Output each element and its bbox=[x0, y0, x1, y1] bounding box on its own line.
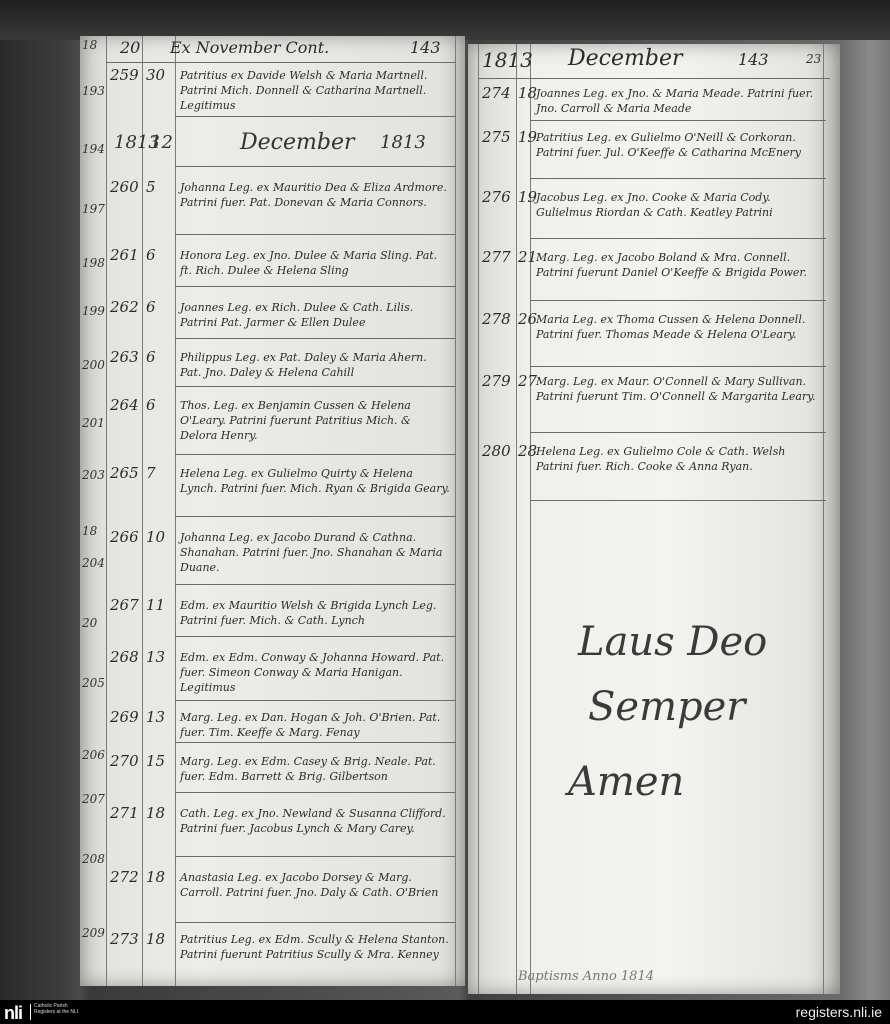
entry-rule bbox=[175, 386, 455, 387]
entry-day: 6 bbox=[146, 298, 156, 316]
entry-number: 277 bbox=[482, 248, 511, 266]
entry-number: 275 bbox=[482, 128, 511, 146]
page-number: 23 bbox=[806, 52, 821, 66]
flourish-semper: Semper bbox=[588, 684, 745, 730]
margin-number: 200 bbox=[82, 358, 105, 372]
entry-text: Edm. ex Edm. Conway & Johanna Howard. Pa… bbox=[180, 650, 450, 695]
entry-rule bbox=[530, 120, 826, 121]
entry-number: 266 bbox=[110, 528, 139, 546]
margin-number: 207 bbox=[82, 792, 105, 806]
entry-number: 260 bbox=[110, 178, 139, 196]
margin-number: 20 bbox=[82, 616, 97, 630]
entry-number: 268 bbox=[110, 648, 139, 666]
section-heading-year: 1813 bbox=[380, 132, 426, 153]
entry-text: Patritius ex Davide Welsh & Maria Martne… bbox=[180, 68, 450, 113]
entry-day: 19 bbox=[518, 188, 537, 206]
page-title: Ex November Cont. bbox=[170, 38, 329, 57]
entry-day: 19 bbox=[518, 128, 537, 146]
margin-number: 199 bbox=[82, 304, 105, 318]
entry-text: Maria Leg. ex Thoma Cussen & Helena Donn… bbox=[536, 312, 818, 342]
entry-rule bbox=[530, 178, 826, 179]
entry-day: 26 bbox=[518, 310, 537, 328]
entry-rule bbox=[175, 454, 455, 455]
footer-bar: nli Catholic Parish Registers at the NLI… bbox=[0, 1000, 890, 1024]
entry-day: 6 bbox=[146, 246, 156, 264]
header-rule bbox=[106, 62, 455, 63]
entry-day: 21 bbox=[518, 248, 537, 266]
section-heading-month: December bbox=[240, 130, 354, 155]
entry-text: Marg. Leg. ex Maur. O'Connell & Mary Sul… bbox=[536, 374, 818, 404]
entry-number: 270 bbox=[110, 752, 139, 770]
entry-day: 27 bbox=[518, 372, 537, 390]
margin-number: 203 bbox=[82, 468, 105, 482]
margin-number: 206 bbox=[82, 748, 105, 762]
entry-rule bbox=[530, 500, 826, 501]
entry-rule bbox=[530, 366, 826, 367]
right-rule bbox=[455, 36, 456, 986]
entry-day: 6 bbox=[146, 348, 156, 366]
entry-number: 279 bbox=[482, 372, 511, 390]
entry-number: 273 bbox=[110, 930, 139, 948]
entry-number: 265 bbox=[110, 464, 139, 482]
entry-rule bbox=[175, 338, 455, 339]
flourish-laus-deo: Laus Deo bbox=[578, 619, 767, 665]
entry-number: 264 bbox=[110, 396, 139, 414]
entry-text: Marg. Leg. ex Edm. Casey & Brig. Neale. … bbox=[180, 754, 450, 784]
margin-ref: 18 bbox=[82, 38, 97, 52]
entry-day: 18 bbox=[146, 930, 165, 948]
entry-day: 18 bbox=[146, 804, 165, 822]
entry-text: Marg. Leg. ex Jacobo Boland & Mra. Conne… bbox=[536, 250, 818, 280]
margin-rule bbox=[106, 36, 107, 986]
entry-rule bbox=[175, 922, 455, 923]
margin-number: 208 bbox=[82, 852, 105, 866]
header-year: 1813 bbox=[482, 48, 533, 72]
entry-number: 272 bbox=[110, 868, 139, 886]
section-month-number: 12 bbox=[150, 132, 173, 153]
entry-number: 271 bbox=[110, 804, 139, 822]
entry-number: 276 bbox=[482, 188, 511, 206]
entry-number: 267 bbox=[110, 596, 139, 614]
entry-day: 30 bbox=[146, 66, 165, 84]
entry-rule bbox=[530, 300, 826, 301]
entry-text: Johanna Leg. ex Mauritio Dea & Eliza Ard… bbox=[180, 180, 450, 210]
entry-number: 261 bbox=[110, 246, 139, 264]
entry-rule bbox=[175, 792, 455, 793]
entry-number: 262 bbox=[110, 298, 139, 316]
entry-day: 11 bbox=[146, 596, 165, 614]
entry-rule bbox=[175, 856, 455, 857]
entry-rule bbox=[175, 286, 455, 287]
margin-number: 198 bbox=[82, 256, 105, 270]
entry-number: 280 bbox=[482, 442, 511, 460]
right-register-page: 1813 December 143 23 274 18 Joannes Leg.… bbox=[468, 44, 840, 994]
entry-number: 274 bbox=[482, 84, 511, 102]
entry-rule bbox=[530, 238, 826, 239]
entry-day: 13 bbox=[146, 648, 165, 666]
entry-rule bbox=[530, 432, 826, 433]
entry-text: Jacobus Leg. ex Jno. Cooke & Maria Cody.… bbox=[536, 190, 818, 220]
entry-no-rule bbox=[478, 44, 479, 994]
margin-number: 201 bbox=[82, 416, 105, 430]
entry-number: 269 bbox=[110, 708, 139, 726]
page-number: 20 bbox=[120, 38, 140, 57]
entry-day: 10 bbox=[146, 528, 165, 546]
margin-number: 197 bbox=[82, 202, 105, 216]
entry-rule bbox=[175, 742, 455, 743]
entry-text: Joannes Leg. ex Jno. & Maria Meade. Patr… bbox=[536, 86, 818, 116]
entry-rule bbox=[175, 234, 455, 235]
scan-top-band bbox=[0, 0, 890, 40]
entry-number: 259 bbox=[110, 66, 139, 84]
entry-text: Honora Leg. ex Jno. Dulee & Maria Sling.… bbox=[180, 248, 450, 278]
entry-rule bbox=[175, 584, 455, 585]
entry-text: Helena Leg. ex Gulielmo Cole & Cath. Wel… bbox=[536, 444, 818, 474]
entry-number: 263 bbox=[110, 348, 139, 366]
entry-text: Marg. Leg. ex Dan. Hogan & Joh. O'Brien.… bbox=[180, 710, 450, 740]
entry-text: Edm. ex Mauritio Welsh & Brigida Lynch L… bbox=[180, 598, 450, 628]
entry-rule bbox=[175, 636, 455, 637]
entry-rule bbox=[175, 116, 455, 117]
margin-number: 194 bbox=[82, 142, 105, 156]
entry-rule bbox=[175, 700, 455, 701]
entry-rule bbox=[175, 516, 455, 517]
margin-number: 205 bbox=[82, 676, 105, 690]
entry-day: 28 bbox=[518, 442, 537, 460]
margin-number: 18 bbox=[82, 524, 97, 538]
entry-no-rule bbox=[142, 36, 143, 986]
margin-number: 204 bbox=[82, 556, 105, 570]
entry-day: 7 bbox=[146, 464, 156, 482]
folio-number: 143 bbox=[410, 38, 441, 57]
logo-caption: Catholic Parish Registers at the NLI bbox=[34, 1003, 84, 1015]
day-rule bbox=[175, 36, 176, 986]
bottom-note: Baptisms Anno 1814 bbox=[518, 969, 654, 984]
site-link[interactable]: registers.nli.ie bbox=[796, 1004, 882, 1020]
entry-day: 15 bbox=[146, 752, 165, 770]
entry-number: 278 bbox=[482, 310, 511, 328]
left-register-page: 18 20 Ex November Cont. 143 193 194 197 … bbox=[80, 36, 465, 986]
margin-number: 209 bbox=[82, 926, 105, 940]
logo-divider bbox=[30, 1004, 31, 1020]
text-rule bbox=[530, 44, 531, 994]
entry-day: 18 bbox=[518, 84, 537, 102]
day-rule bbox=[516, 44, 517, 994]
entry-text: Patritius Leg. ex Gulielmo O'Neill & Cor… bbox=[536, 130, 818, 160]
nli-logo[interactable]: nli bbox=[4, 1003, 22, 1024]
entry-text: Helena Leg. ex Gulielmo Quirty & Helena … bbox=[180, 466, 450, 496]
entry-text: Philippus Leg. ex Pat. Daley & Maria Ahe… bbox=[180, 350, 450, 380]
entry-day: 6 bbox=[146, 396, 156, 414]
entry-text: Joannes Leg. ex Rich. Dulee & Cath. Lili… bbox=[180, 300, 450, 330]
entry-rule bbox=[175, 166, 455, 167]
entry-day: 13 bbox=[146, 708, 165, 726]
entry-text: Thos. Leg. ex Benjamin Cussen & Helena O… bbox=[180, 398, 450, 443]
entry-day: 5 bbox=[146, 178, 156, 196]
folio-number: 143 bbox=[738, 50, 769, 69]
entry-text: Johanna Leg. ex Jacobo Durand & Cathna. … bbox=[180, 530, 450, 575]
page-title: December bbox=[568, 46, 682, 71]
margin-number: 193 bbox=[82, 84, 105, 98]
entry-text: Patritius Leg. ex Edm. Scully & Helena S… bbox=[180, 932, 450, 962]
header-rule bbox=[478, 78, 830, 79]
entry-text: Anastasia Leg. ex Jacobo Dorsey & Marg. … bbox=[180, 870, 450, 900]
entry-day: 18 bbox=[146, 868, 165, 886]
entry-text: Cath. Leg. ex Jno. Newland & Susanna Cli… bbox=[180, 806, 450, 836]
right-rule bbox=[823, 44, 824, 994]
flourish-amen: Amen bbox=[568, 759, 684, 805]
